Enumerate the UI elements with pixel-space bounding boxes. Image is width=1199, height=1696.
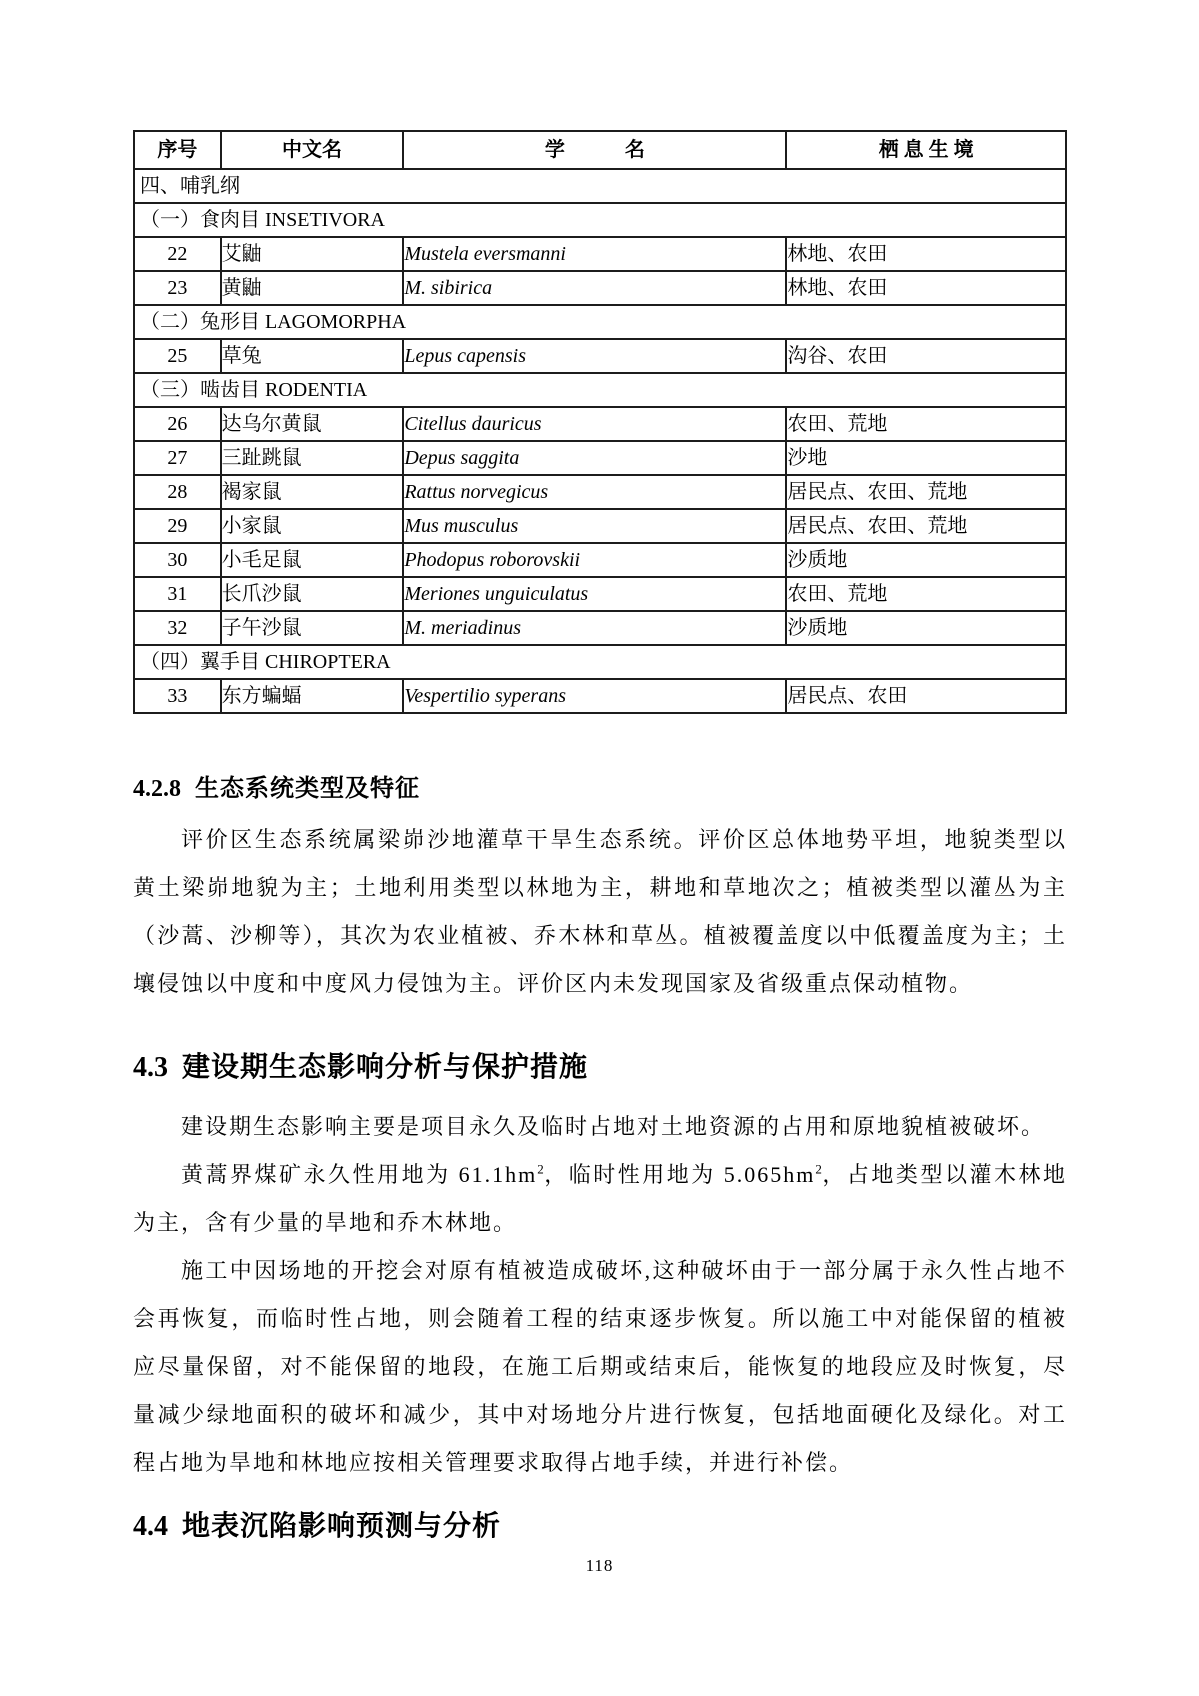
table-row: 28褐家鼠Rattus norvegicus居民点、农田、荒地 <box>134 475 1066 509</box>
table-group-row: （一）食肉目 INSETIVORA <box>134 203 1066 237</box>
cell-habitat: 居民点、农田、荒地 <box>786 509 1066 543</box>
page-number: 118 <box>0 1556 1199 1576</box>
paragraph-vegetation-protection: 施工中因场地的开挖会对原有植被造成破坏,这种破坏由于一部分属于永久性占地不会再恢… <box>133 1247 1067 1487</box>
cell-number: 26 <box>134 407 221 441</box>
cell-chinese-name: 艾鼬 <box>221 237 404 271</box>
cell-chinese-name: 长爪沙鼠 <box>221 577 404 611</box>
table-row: 25草兔Lepus capensis沟谷、农田 <box>134 339 1066 373</box>
section-number: 4.3 <box>133 1052 168 1083</box>
table-row: 27三趾跳鼠Depus saggita沙地 <box>134 441 1066 475</box>
table-header-row: 序号 中文名 学 名 栖 息 生 境 <box>134 131 1066 169</box>
table-group-row: （二）兔形目 LAGOMORPHA <box>134 305 1066 339</box>
cell-habitat: 林地、农田 <box>786 271 1066 305</box>
group-label: （四）翼手目 CHIROPTERA <box>134 645 1066 679</box>
cell-scientific-name: Lepus capensis <box>403 339 786 373</box>
land-use-text-1: 黄蒿界煤矿永久性用地为 61.1hm <box>181 1162 537 1187</box>
cell-habitat: 农田、荒地 <box>786 407 1066 441</box>
cell-habitat: 农田、荒地 <box>786 577 1066 611</box>
cell-habitat: 林地、农田 <box>786 237 1066 271</box>
cell-scientific-name: Phodopus roborovskii <box>403 543 786 577</box>
section-number: 4.4 <box>133 1511 168 1542</box>
species-table: 序号 中文名 学 名 栖 息 生 境 四、哺乳纲（一）食肉目 INSETIVOR… <box>133 130 1067 714</box>
page-content: 序号 中文名 学 名 栖 息 生 境 四、哺乳纲（一）食肉目 INSETIVOR… <box>133 130 1067 1562</box>
group-label: （二）兔形目 LAGOMORPHA <box>134 305 1066 339</box>
cell-habitat: 居民点、农田、荒地 <box>786 475 1066 509</box>
cell-chinese-name: 东方蝙蝠 <box>221 679 404 713</box>
group-label: （三）啮齿目 RODENTIA <box>134 373 1066 407</box>
paragraph-construction-impact: 建设期生态影响主要是项目永久及临时占地对土地资源的占用和原地貌植被破坏。 <box>133 1103 1067 1151</box>
cell-chinese-name: 三趾跳鼠 <box>221 441 404 475</box>
cell-number: 27 <box>134 441 221 475</box>
section-title: 建设期生态影响分析与保护措施 <box>182 1051 588 1082</box>
document-page: 序号 中文名 学 名 栖 息 生 境 四、哺乳纲（一）食肉目 INSETIVOR… <box>0 0 1199 1696</box>
cell-scientific-name: M. sibirica <box>403 271 786 305</box>
table-group-row: （四）翼手目 CHIROPTERA <box>134 645 1066 679</box>
cell-scientific-name: Mus musculus <box>403 509 786 543</box>
col-header-number: 序号 <box>134 131 221 169</box>
cell-chinese-name: 小毛足鼠 <box>221 543 404 577</box>
cell-chinese-name: 黄鼬 <box>221 271 404 305</box>
table-group-row: （三）啮齿目 RODENTIA <box>134 373 1066 407</box>
cell-number: 22 <box>134 237 221 271</box>
land-use-text-2: ，临时性用地为 5.065hm <box>544 1162 816 1187</box>
cell-scientific-name: Vespertilio syperans <box>403 679 786 713</box>
group-label: （一）食肉目 INSETIVORA <box>134 203 1066 237</box>
paragraph-ecosystem: 评价区生态系统属梁峁沙地灌草干旱生态系统。评价区总体地势平坦，地貌类型以黄土梁峁… <box>133 816 1067 1008</box>
cell-scientific-name: Meriones unguiculatus <box>403 577 786 611</box>
cell-scientific-name: Rattus norvegicus <box>403 475 786 509</box>
table-row: 23黄鼬M. sibirica林地、农田 <box>134 271 1066 305</box>
table-row: 31长爪沙鼠Meriones unguiculatus农田、荒地 <box>134 577 1066 611</box>
section-title: 地表沉陷影响预测与分析 <box>182 1510 501 1541</box>
cell-number: 30 <box>134 543 221 577</box>
cell-scientific-name: M. meriadinus <box>403 611 786 645</box>
cell-scientific-name: Depus saggita <box>403 441 786 475</box>
cell-scientific-name: Mustela eversmanni <box>403 237 786 271</box>
cell-scientific-name: Citellus dauricus <box>403 407 786 441</box>
cell-habitat: 沟谷、农田 <box>786 339 1066 373</box>
cell-habitat: 沙地 <box>786 441 1066 475</box>
cell-chinese-name: 褐家鼠 <box>221 475 404 509</box>
section-title: 生态系统类型及特征 <box>195 775 420 802</box>
table-row: 32子午沙鼠M. meriadinus沙质地 <box>134 611 1066 645</box>
col-header-scientific-name: 学 名 <box>403 131 786 169</box>
section-number: 4.2.8 <box>133 776 181 802</box>
table-row: 30小毛足鼠Phodopus roborovskii沙质地 <box>134 543 1066 577</box>
cell-chinese-name: 草兔 <box>221 339 404 373</box>
cell-chinese-name: 达乌尔黄鼠 <box>221 407 404 441</box>
cell-habitat: 沙质地 <box>786 611 1066 645</box>
section-heading-4-3: 4.3建设期生态影响分析与保护措施 <box>133 1050 1067 1085</box>
cell-number: 29 <box>134 509 221 543</box>
cell-number: 33 <box>134 679 221 713</box>
cell-number: 23 <box>134 271 221 305</box>
col-header-chinese-name: 中文名 <box>221 131 404 169</box>
cell-habitat: 居民点、农田 <box>786 679 1066 713</box>
cell-number: 32 <box>134 611 221 645</box>
table-row: 22艾鼬Mustela eversmanni林地、农田 <box>134 237 1066 271</box>
cell-chinese-name: 子午沙鼠 <box>221 611 404 645</box>
paragraph-land-use: 黄蒿界煤矿永久性用地为 61.1hm2，临时性用地为 5.065hm2，占地类型… <box>133 1151 1067 1247</box>
cell-number: 31 <box>134 577 221 611</box>
cell-number: 25 <box>134 339 221 373</box>
group-label: 四、哺乳纲 <box>134 169 1066 203</box>
col-header-habitat: 栖 息 生 境 <box>786 131 1066 169</box>
section-heading-4-2-8: 4.2.8生态系统类型及特征 <box>133 774 1067 804</box>
cell-habitat: 沙质地 <box>786 543 1066 577</box>
table-row: 29小家鼠Mus musculus居民点、农田、荒地 <box>134 509 1066 543</box>
cell-chinese-name: 小家鼠 <box>221 509 404 543</box>
table-row: 33东方蝙蝠Vespertilio syperans居民点、农田 <box>134 679 1066 713</box>
table-group-row: 四、哺乳纲 <box>134 169 1066 203</box>
table-row: 26达乌尔黄鼠Citellus dauricus农田、荒地 <box>134 407 1066 441</box>
cell-number: 28 <box>134 475 221 509</box>
section-heading-4-4: 4.4地表沉陷影响预测与分析 <box>133 1509 1067 1544</box>
